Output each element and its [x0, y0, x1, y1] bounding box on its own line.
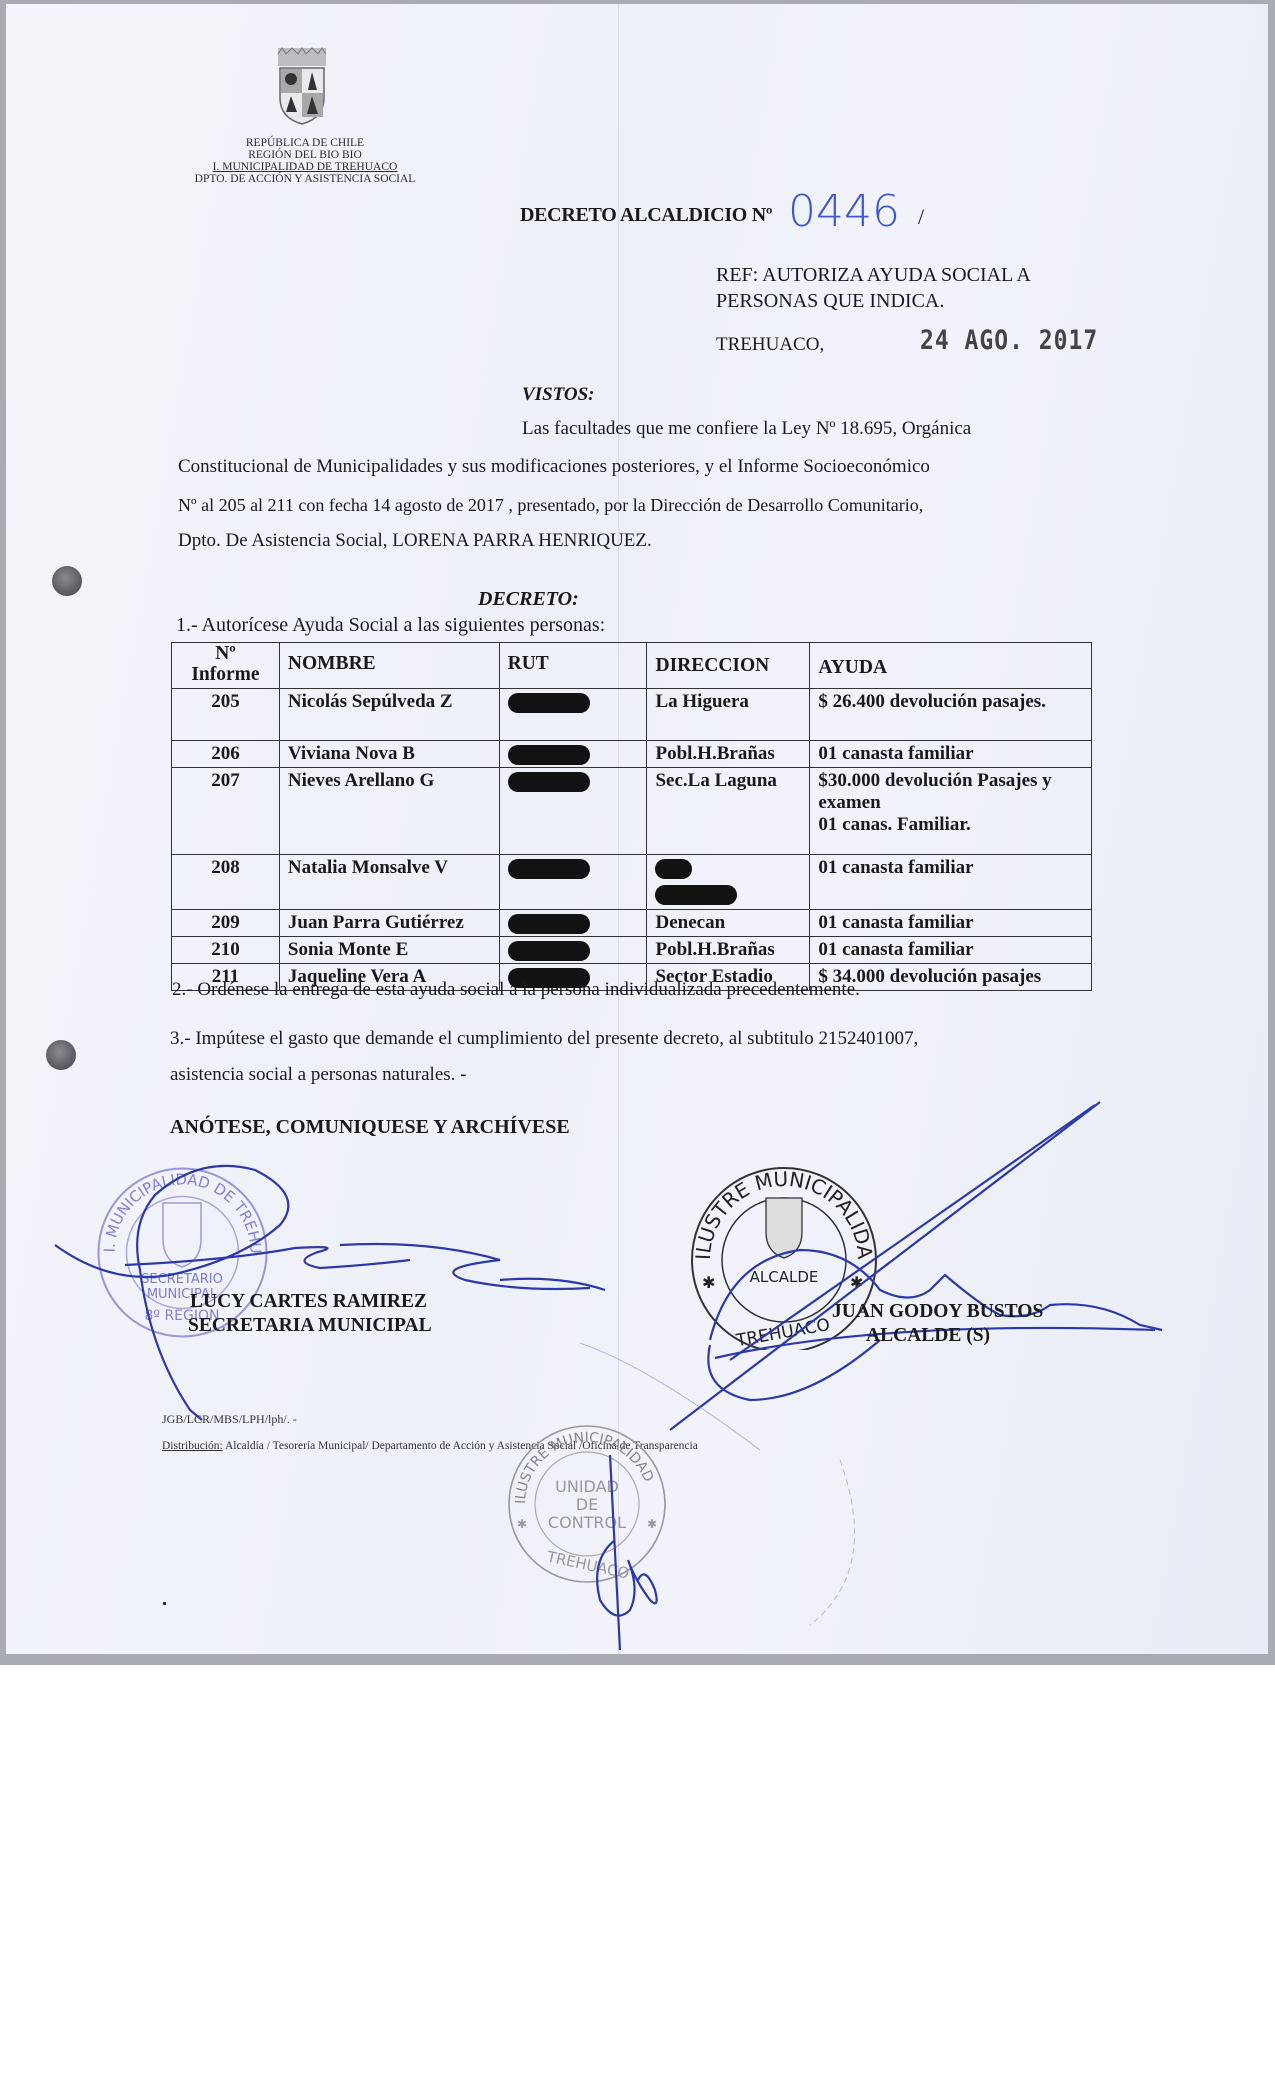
table-row: 207Nieves Arellano G[redacted]Sec.La Lag… [172, 768, 1092, 855]
header-direccion: DIRECCION [647, 643, 810, 689]
drafter-initials: JGB/LCR/MBS/LPH/lph/. - [162, 1412, 297, 1427]
table-row: 205Nicolás Sepúlveda Z[redacted]La Higue… [172, 689, 1092, 741]
letterhead-line: REPÚBLICA DE CHILE [180, 137, 430, 149]
scan-speck [163, 1602, 166, 1605]
informe-value: 206 [211, 743, 240, 764]
cell-nombre: Natalia Monsalve V [279, 855, 499, 910]
alcalde-signature [580, 1090, 1180, 1450]
ayuda-table: Nº Informe NOMBRE RUT DIRECCION AYUDA 20… [171, 642, 1092, 991]
cell-ayuda: $30.000 devolución Pasajes y examen01 ca… [810, 768, 1092, 855]
informe-value: 207 [211, 770, 240, 791]
cell-rut: [redacted] [499, 937, 647, 964]
vistos-heading: VISTOS: [522, 384, 595, 406]
hole-punch-icon [46, 1040, 76, 1070]
vistos-line: Las facultades que me confiere la Ley Nº… [522, 410, 971, 448]
ayuda-value-line2: 01 canas. Familiar. [818, 814, 1083, 836]
cell-direccion: Denecan [647, 910, 810, 937]
table-header-row: Nº Informe NOMBRE RUT DIRECCION AYUDA [172, 643, 1092, 689]
cell-direccion: Pobl.H.Brañas [647, 937, 810, 964]
table-row: 209Juan Parra Gutiérrez[redacted]Denecan… [172, 910, 1092, 937]
nombre-value: Sonia Monte E [288, 939, 408, 960]
distribution-label: Distribución: [162, 1440, 223, 1452]
cell-direccion: Pobl.H.Brañas [647, 741, 810, 768]
cell-informe: 210 [172, 937, 280, 964]
informe-value: 205 [211, 691, 240, 712]
control-signature [570, 1450, 870, 1660]
letterhead-line: I. MUNICIPALIDAD DE TREHUACO [180, 161, 430, 173]
letterhead-line: DPTO. DE ACCIÓN Y ASISTENCIA SOCIAL [180, 173, 430, 185]
nombre-value: Viviana Nova B [288, 743, 415, 764]
informe-value: 209 [211, 912, 240, 933]
ayuda-value: 01 canasta familiar [818, 743, 1083, 765]
cell-informe: 205 [172, 689, 280, 741]
svg-text:✱: ✱ [517, 1517, 527, 1531]
ayuda-value: $30.000 devolución Pasajes y examen [818, 770, 1083, 814]
cell-nombre: Nicolás Sepúlveda Z [279, 689, 499, 741]
direccion-value: La Higuera [655, 691, 748, 712]
nombre-value: Juan Parra Gutiérrez [288, 912, 464, 933]
table-row: 208Natalia Monsalve V[redacted]Los[redac… [172, 855, 1092, 910]
cell-nombre: Juan Parra Gutiérrez [279, 910, 499, 937]
redaction-mark: [redacted] [508, 693, 590, 713]
letterhead: REPÚBLICA DE CHILE REGIÓN DEL BIO BIO I.… [180, 137, 430, 185]
cell-ayuda: 01 canasta familiar [810, 910, 1092, 937]
informe-value: 208 [211, 857, 240, 878]
closing-formula: ANÓTESE, COMUNIQUESE Y ARCHÍVESE [170, 1116, 570, 1139]
ref-line: REF: AUTORIZA AYUDA SOCIAL A [716, 262, 1031, 288]
cell-ayuda: 01 canasta familiar [810, 741, 1092, 768]
vistos-line: Nº al 205 al 211 con fecha 14 agosto de … [178, 486, 1100, 524]
direccion-value: Pobl.H.Brañas [655, 939, 774, 960]
informe-value: 210 [211, 939, 240, 960]
redaction-mark: [redacted] [508, 745, 590, 765]
cell-nombre: Nieves Arellano G [279, 768, 499, 855]
redaction-mark: [redacted] [508, 914, 590, 934]
cell-ayuda: $ 26.400 devolución pasajes. [810, 689, 1092, 741]
letterhead-line: REGIÓN DEL BIO BIO [180, 149, 430, 161]
nombre-value: Natalia Monsalve V [288, 857, 448, 878]
decreto-item-2: 2.- Ordénese la entrega de esta ayuda so… [172, 978, 860, 1002]
direccion-value: Sec.La Laguna [655, 770, 776, 791]
ayuda-value: 01 canasta familiar [818, 939, 1083, 961]
header-informe: Nº Informe [172, 643, 280, 689]
cell-direccion: Sec.La Laguna [647, 768, 810, 855]
nombre-value: Nieves Arellano G [288, 770, 434, 791]
decree-slash: / [918, 204, 924, 230]
cell-informe: 206 [172, 741, 280, 768]
cell-direccion: Los[redacted] [647, 855, 810, 910]
cell-ayuda: 01 canasta familiar [810, 855, 1092, 910]
redaction-mark: [redacted] [508, 772, 590, 792]
decreto-heading: DECRETO: [478, 588, 579, 611]
hole-punch-icon [52, 566, 82, 596]
cell-rut: [redacted] [499, 689, 647, 741]
vistos-line: Dpto. De Asistencia Social, LORENA PARRA… [178, 522, 652, 560]
redaction-mark: Los [655, 859, 692, 879]
cell-rut: [redacted] [499, 741, 647, 768]
secretaria-title: SECRETARIA MUNICIPAL [188, 1314, 432, 1338]
cell-nombre: Viviana Nova B [279, 741, 499, 768]
decree-place: TREHUACO, [716, 334, 824, 356]
cell-nombre: Sonia Monte E [279, 937, 499, 964]
nombre-value: Nicolás Sepúlveda Z [288, 691, 453, 712]
header-rut: RUT [499, 643, 647, 689]
decree-reference: REF: AUTORIZA AYUDA SOCIAL A PERSONAS QU… [716, 262, 1031, 314]
date-stamp: 24 AGO. 2017 [920, 326, 1098, 356]
cell-rut: [redacted] [499, 855, 647, 910]
secretaria-name: LUCY CARTES RAMIREZ [190, 1290, 427, 1314]
ayuda-value: $ 26.400 devolución pasajes. [818, 691, 1083, 713]
header-ayuda: AYUDA [810, 643, 1092, 689]
cell-rut: [redacted] [499, 910, 647, 937]
header-nombre: NOMBRE [279, 643, 499, 689]
cell-informe: 207 [172, 768, 280, 855]
ref-line: PERSONAS QUE INDICA. [716, 288, 1031, 314]
table-row: 206Viviana Nova B[redacted]Pobl.H.Brañas… [172, 741, 1092, 768]
cell-rut: [redacted] [499, 768, 647, 855]
header-informe-line: Informe [191, 664, 259, 685]
decreto-item-3: 3.- Impútese el gasto que demande el cum… [170, 1020, 1110, 1058]
table-row: 210Sonia Monte E[redacted]Pobl.H.Brañas0… [172, 937, 1092, 964]
decree-number-handwritten: 0446 [788, 186, 900, 237]
decree-title: DECRETO ALCALDICIO Nº [520, 204, 772, 227]
alcalde-title: ALCALDE (S) [866, 1324, 990, 1348]
ayuda-value: 01 canasta familiar [818, 912, 1083, 934]
decreto-item-3-cont: asistencia social a personas naturales. … [170, 1056, 467, 1094]
direccion-value: Denecan [655, 912, 725, 933]
cell-direccion: La Higuera [647, 689, 810, 741]
direccion-value: Pobl.H.Brañas [655, 743, 774, 764]
header-informe-line: Nº [215, 643, 236, 664]
table-body: 205Nicolás Sepúlveda Z[redacted]La Higue… [172, 689, 1092, 991]
redaction-mark: [redacted] [508, 941, 590, 961]
alcalde-name: JUAN GODOY BUSTOS [832, 1300, 1043, 1324]
cell-informe: 208 [172, 855, 280, 910]
redaction-mark: [redacted] [508, 859, 590, 879]
vistos-line: Constitucional de Municipalidades y sus … [178, 448, 1100, 486]
cell-informe: 209 [172, 910, 280, 937]
redaction-mark: [redacted] [655, 885, 737, 905]
ayuda-value: 01 canasta familiar [818, 857, 1083, 879]
coat-of-arms-icon [272, 46, 332, 126]
decreto-item-1: 1.- Autorícese Ayuda Social a las siguie… [176, 614, 605, 637]
cell-ayuda: 01 canasta familiar [810, 937, 1092, 964]
